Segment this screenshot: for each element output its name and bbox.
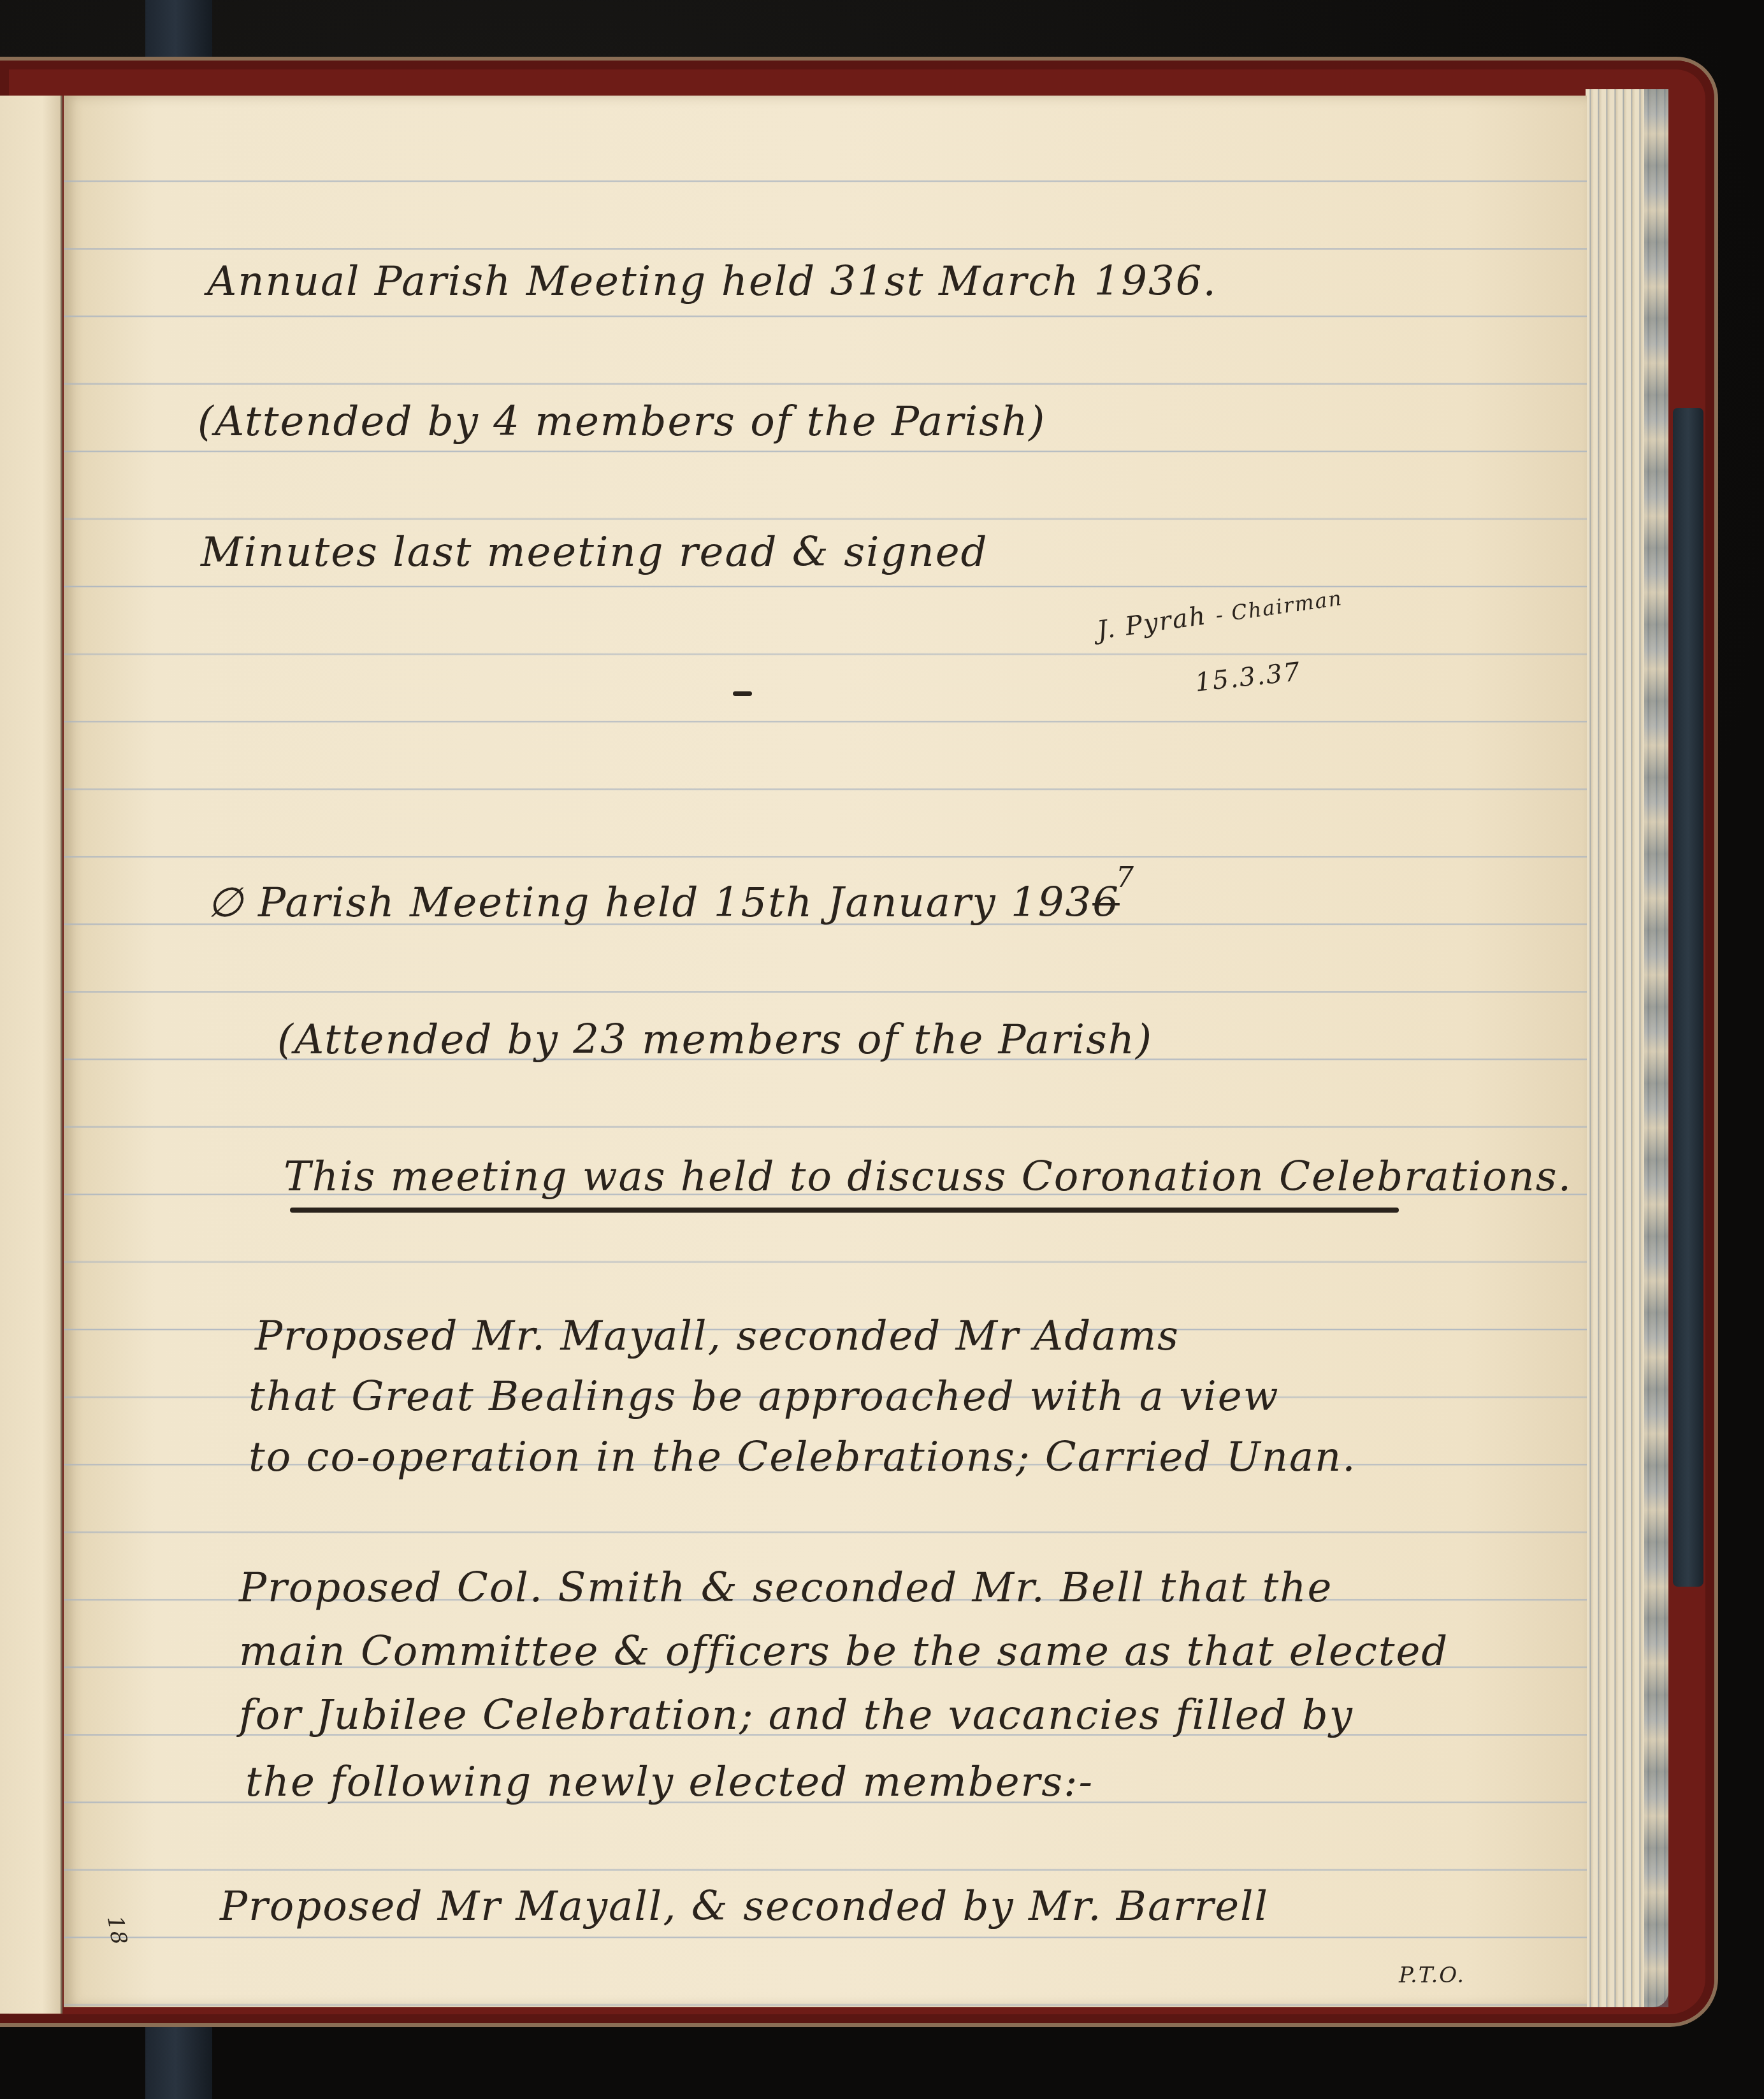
resolution-1-line-1: Proposed Mr. Mayall, seconded Mr Adams: [255, 1313, 1180, 1360]
entry-2-heading-text: Parish Meeting held 15th January 193: [258, 879, 1092, 927]
resolution-2-line-1: Proposed Col. Smith & seconded Mr. Bell …: [239, 1564, 1333, 1612]
left-page-edge: [0, 96, 62, 2014]
entry-1-heading: Annual Parish Meeting held 31st March 19…: [207, 258, 1217, 305]
year-correction-digit: 7: [1116, 862, 1135, 894]
resolution-2-line-2: main Committee & officers be the same as…: [239, 1628, 1449, 1675]
page-number: 18: [102, 1914, 133, 1947]
separator-dash: [733, 691, 752, 696]
resolution-3-line-1: Proposed Mr Mayall, & seconded by Mr. Ba…: [220, 1883, 1269, 1930]
page-stack-edge: [1586, 89, 1668, 2007]
entry-2-heading: ∅ Parish Meeting held 15th January 19367: [207, 879, 1135, 927]
cover-band: [1673, 408, 1703, 1587]
entry-1-attendance: (Attended by 4 members of the Parish): [198, 398, 1046, 445]
purpose-underline: [290, 1208, 1399, 1213]
entry-2-purpose: This meeting was held to discuss Coronat…: [284, 1153, 1572, 1201]
pto-note: P.T.O.: [1399, 1963, 1465, 1988]
entry-2-marker: ∅: [207, 879, 244, 927]
entry-1-minutes-line: Minutes last meeting read & signed: [201, 529, 988, 576]
resolution-2-line-3: for Jubilee Celebration; and the vacanci…: [239, 1692, 1354, 1739]
resolution-2-line-4: the following newly elected members:-: [245, 1759, 1094, 1806]
notebook-page: Annual Parish Meeting held 31st March 19…: [64, 96, 1587, 2007]
entry-2-attendance: (Attended by 23 members of the Parish): [277, 1016, 1153, 1064]
resolution-1-line-2: that Great Bealings be approached with a…: [249, 1373, 1279, 1420]
resolution-1-line-3: to co-operation in the Celebrations; Car…: [249, 1434, 1357, 1481]
